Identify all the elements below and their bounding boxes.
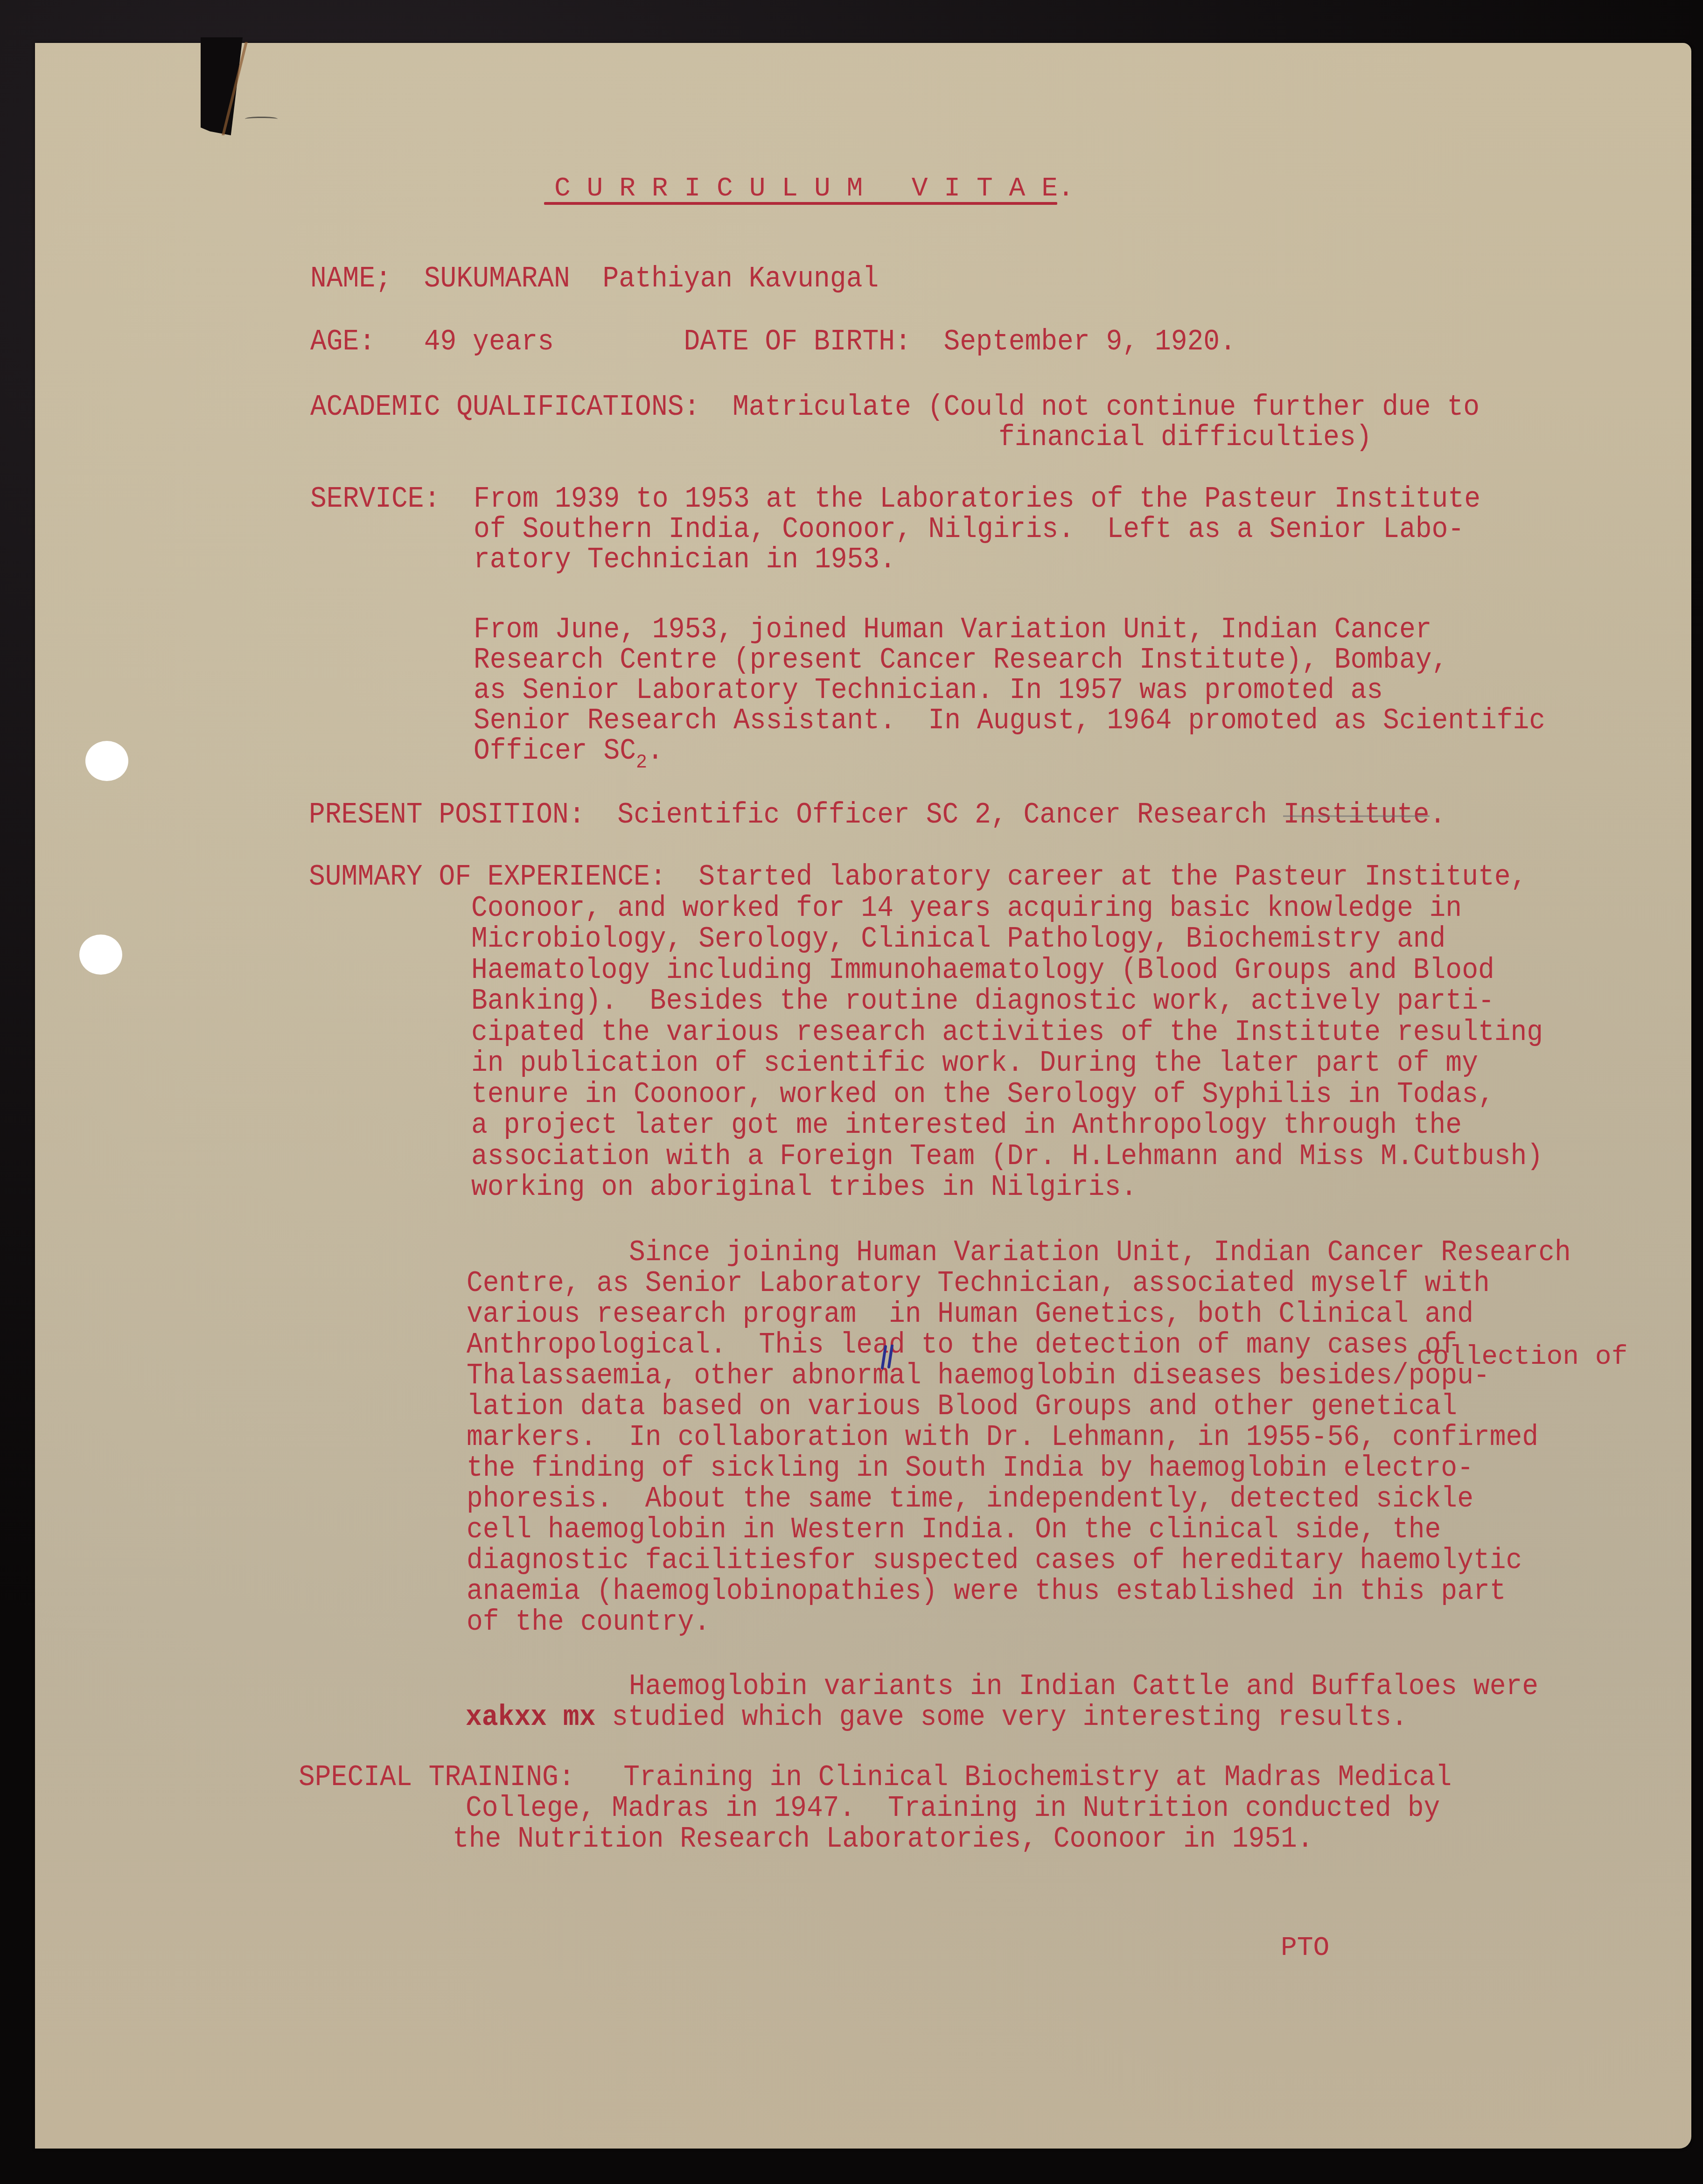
name-label: NAME;	[310, 263, 391, 295]
title-underline	[544, 202, 1057, 205]
special-training-line-1: Training in Clinical Biochemistry at Mad…	[623, 1761, 1452, 1794]
service-p1-line-1: From 1939 to 1953 at the Laboratories of…	[474, 483, 1480, 516]
summary-p1-line: cipated the various research activities …	[471, 1016, 1543, 1049]
summary-p2-line: cell haemoglobin in Western India. On th…	[467, 1514, 1441, 1547]
special-training-row: SPECIAL TRAINING: Training in Clinical B…	[299, 1761, 1452, 1794]
summary-p1-line: a project later got me interested in Ant…	[471, 1109, 1462, 1142]
academic-label: ACADEMIC QUALIFICATIONS:	[310, 391, 700, 424]
summary-p1-line: in publication of scientific work. Durin…	[471, 1047, 1478, 1080]
summary-p2-line: of the country.	[467, 1606, 710, 1639]
age-value: 49 years	[424, 326, 554, 358]
service-p2-line-5: Officer SC2.	[474, 735, 663, 771]
service-p2-line-1: From June, 1953, joined Human Variation …	[474, 614, 1432, 647]
summary-p2-line: the finding of sickling in South India b…	[467, 1452, 1473, 1485]
summary-p1-line: Haematology including Immunohaematology …	[471, 954, 1494, 987]
service-label: SERVICE:	[310, 483, 440, 516]
period: .	[647, 735, 663, 768]
special-training-label: SPECIAL TRAINING:	[299, 1761, 575, 1794]
service-p2-line-2: Research Centre (present Cancer Research…	[474, 644, 1448, 677]
service-p1-line-2: of Southern India, Coonoor, Nilgiris. Le…	[474, 513, 1464, 546]
period: .	[1430, 799, 1446, 831]
summary-p2-line: Centre, as Senior Laboratory Technician,…	[467, 1267, 1490, 1300]
summary-p2-line: markers. In collaboration with Dr. Lehma…	[467, 1421, 1538, 1454]
document-title: C U R R I C U L U M V I T A E.	[554, 174, 1074, 204]
service-p2-line-3: as Senior Laboratory Technician. In 1957…	[474, 674, 1383, 707]
academic-row: ACADEMIC QUALIFICATIONS: Matriculate (Co…	[310, 391, 1480, 424]
service-p1-line-3: ratory Technician in 1953.	[474, 544, 896, 577]
age-row: AGE: 49 years DATE OF BIRTH: September 9…	[310, 326, 1236, 359]
pen-correction-mark	[881, 1345, 897, 1370]
academic-line-1: Matriculate (Could not continue further …	[733, 391, 1480, 424]
summary-p2-line: various research program in Human Geneti…	[467, 1298, 1473, 1331]
summary-first-line: Started laboratory career at the Pasteur…	[698, 861, 1527, 893]
summary-p3-line-2: xakxx mx studied which gave some very in…	[466, 1701, 1408, 1734]
name-given: Pathiyan Kavungal	[603, 263, 879, 295]
overtyped-institute: Institute	[1283, 799, 1429, 832]
dob-label: DATE OF BIRTH:	[684, 326, 911, 358]
summary-p1-line: Microbiology, Serology, Clinical Patholo…	[471, 923, 1445, 956]
summary-p2-line: Anthropological. This lead to the detect…	[467, 1329, 1457, 1362]
summary-p1-line: working on aboriginal tribes in Nilgiris…	[471, 1171, 1137, 1204]
summary-p1-line: association with a Foreign Team (Dr. H.L…	[471, 1140, 1543, 1173]
present-position-label: PRESENT POSITION:	[309, 799, 585, 831]
summary-row: SUMMARY OF EXPERIENCE: Started laborator…	[309, 861, 1527, 894]
dob-value: September 9, 1920.	[943, 326, 1236, 358]
present-position-value: Scientific Officer SC 2, Cancer Research	[617, 799, 1283, 831]
officer-sc-text: Officer SC	[474, 735, 636, 768]
summary-p2-line: anaemia (haemoglobinopathies) were thus …	[467, 1575, 1506, 1608]
age-label: AGE:	[310, 326, 375, 358]
summary-label: SUMMARY OF EXPERIENCE:	[309, 861, 666, 893]
summary-p1-line: Coonoor, and worked for 14 years acquiri…	[471, 892, 1462, 925]
summary-p3-line-1: Haemoglobin variants in Indian Cattle an…	[467, 1670, 1538, 1703]
struck-out-text: xakxx mx	[466, 1701, 595, 1734]
name-row: NAME; SUKUMARAN Pathiyan Kavungal	[310, 263, 879, 296]
present-position-row: PRESENT POSITION: Scientific Officer SC …	[309, 799, 1445, 832]
special-training-line-2: College, Madras in 1947. Training in Nut…	[466, 1792, 1440, 1825]
subscript-2: 2	[636, 752, 647, 775]
name-surname: SUKUMARAN	[424, 263, 570, 295]
summary-p3-text: studied which gave some very interesting…	[595, 1701, 1407, 1734]
academic-line-2: financial difficulties)	[998, 421, 1372, 454]
special-training-line-3: the Nutrition Research Laboratories, Coo…	[453, 1823, 1313, 1856]
punch-hole-top	[85, 741, 128, 781]
service-p2-line-4: Senior Research Assistant. In August, 19…	[474, 705, 1545, 738]
pto-marker: PTO	[1281, 1933, 1329, 1963]
summary-p1-line: Banking). Besides the routine diagnostic…	[471, 985, 1494, 1018]
summary-p2-line: Thalassaemia, other abnormal haemoglobin…	[467, 1360, 1490, 1393]
paper-crease	[245, 117, 278, 123]
summary-p1-line: tenure in Coonoor, worked on the Serolog…	[471, 1078, 1494, 1111]
summary-p2-line: phoresis. About the same time, independe…	[467, 1483, 1473, 1516]
summary-p2-line: lation data based on various Blood Group…	[467, 1390, 1457, 1423]
summary-p2-line: Since joining Human Variation Unit, Indi…	[467, 1236, 1571, 1270]
punch-hole-bottom	[79, 935, 122, 975]
summary-p2-line: diagnostic facilitiesfor suspected cases…	[467, 1544, 1522, 1577]
